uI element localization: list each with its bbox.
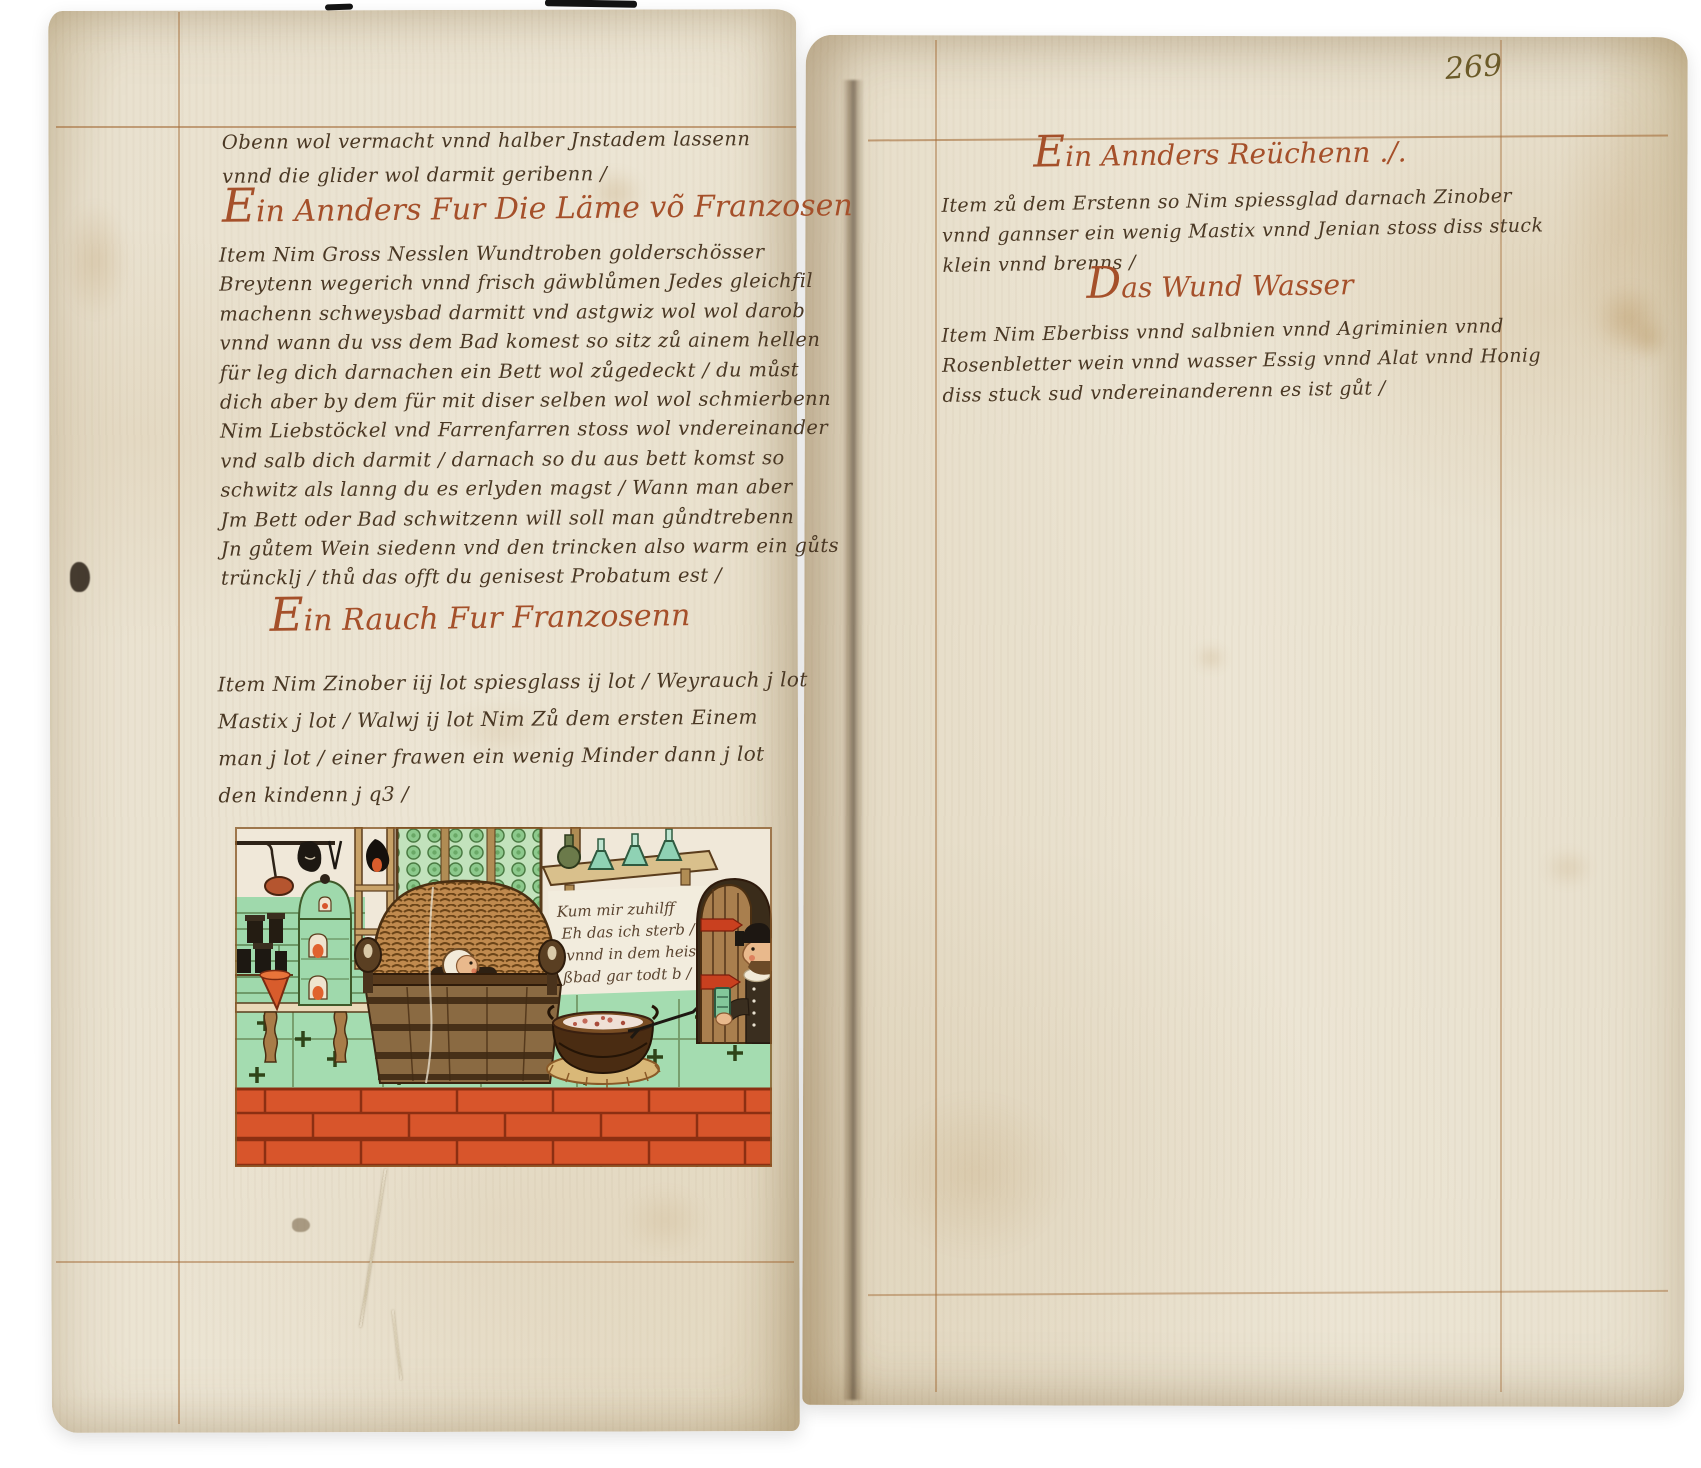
manuscript-text-line: dich aber by dem für mit diser selben wo… (220, 384, 750, 417)
manuscript-text-line: vnnd wann du vss dem Bad komest so sitz … (219, 326, 749, 359)
manuscript-text-line: man j lot / einer frawen ein wenig Minde… (218, 736, 753, 778)
manuscript-text-line: Breytenn wegerich vnnd frisch gäwblůmen … (219, 267, 749, 300)
manuscript-text-line: Nim Liebstöckel vnd Farrenfarren stoss w… (220, 414, 750, 447)
book-gutter (842, 80, 864, 1400)
folio-number: 269 (1444, 48, 1504, 87)
parchment-stain (880, 1090, 1070, 1260)
parchment-stain (620, 1185, 710, 1255)
manuscript-text-line: für leg dich darnachen ein Bett wol zůge… (220, 355, 750, 388)
manuscript-text-line: vnnd die glider wol darmit geribenn / (222, 156, 747, 194)
left-section2-paragraph: Item Nim Zinober iij lot spiesglass ij l… (217, 662, 753, 815)
manuscript-text-line: schwitz als lanng du es erlyden magst / … (220, 473, 750, 506)
manuscript-text-line: vnd salb dich darmit / darnach so du aus… (220, 443, 750, 476)
right-section2-paragraph: Item Nim Eberbiss vnnd salbnien vnnd Agr… (941, 311, 1507, 411)
manuscript-text-line: den kindenn j q3 / (218, 773, 753, 815)
door-hinge (701, 919, 742, 931)
manuscript-spread: 269 Obenn wol vermacht vnnd halber Jnsta… (0, 0, 1701, 1468)
visitor-coat (746, 977, 771, 1043)
parchment-stain (1555, 60, 1685, 390)
left-section1-heading: Ein Annders Fur Die Läme võ Franzosen (222, 189, 745, 229)
bench-leg (264, 1012, 278, 1062)
manuscript-text-line: Jm Bett oder Bad schwitzenn will soll ma… (221, 502, 751, 535)
brick-wall (235, 1089, 772, 1167)
margin-rule-left-vertical (178, 12, 180, 1424)
left-section1-paragraph: Item Nim Gross Nesslen Wundtroben golder… (219, 237, 751, 593)
visitor-hand (716, 1013, 732, 1025)
bench-leg (334, 1012, 348, 1062)
parchment-stain (1195, 645, 1227, 671)
parchment-stain (60, 200, 130, 320)
tiled-stove (299, 874, 351, 1005)
ink-blot (70, 562, 90, 592)
cauldron (547, 1006, 660, 1088)
manuscript-text-line: Obenn wol vermacht vnnd halber Jnstadem … (222, 122, 747, 160)
margin-rule-left-bottom (56, 1261, 794, 1263)
left-intro-block: Obenn wol vermacht vnnd halber Jnstadem … (222, 122, 747, 194)
speech-scroll: Kum mir zuhilff Eh das ich sterb / vnnd … (548, 885, 718, 995)
right-section1-paragraph: Item zů dem Erstenn so Nim spiessglad da… (941, 181, 1507, 281)
bathing-tub (365, 974, 561, 1083)
ink-blot (292, 1218, 310, 1232)
manuscript-text-line: Item Nim Zinober iij lot spiesglass ij l… (217, 662, 752, 704)
left-section2-heading: Ein Rauch Fur Franzosenn (250, 598, 710, 639)
photo-edge-mark (325, 4, 353, 11)
photo-edge-mark (545, 0, 637, 8)
sweat-bath-miniature: Kum mir zuhilff Eh das ich sterb / vnnd … (235, 827, 772, 1167)
manuscript-text-line: Jn gůtem Wein siedenn vnd den trincken a… (221, 531, 751, 564)
manuscript-text-line: Mastix j lot / Walwj ij lot Nim Zů dem e… (218, 699, 753, 741)
parchment-stain (1542, 848, 1594, 888)
manuscript-text-line: Item Nim Gross Nesslen Wundtroben golder… (219, 237, 749, 270)
manuscript-text-line: machenn schweysbad darmitt vnd astgwiz w… (219, 296, 749, 329)
